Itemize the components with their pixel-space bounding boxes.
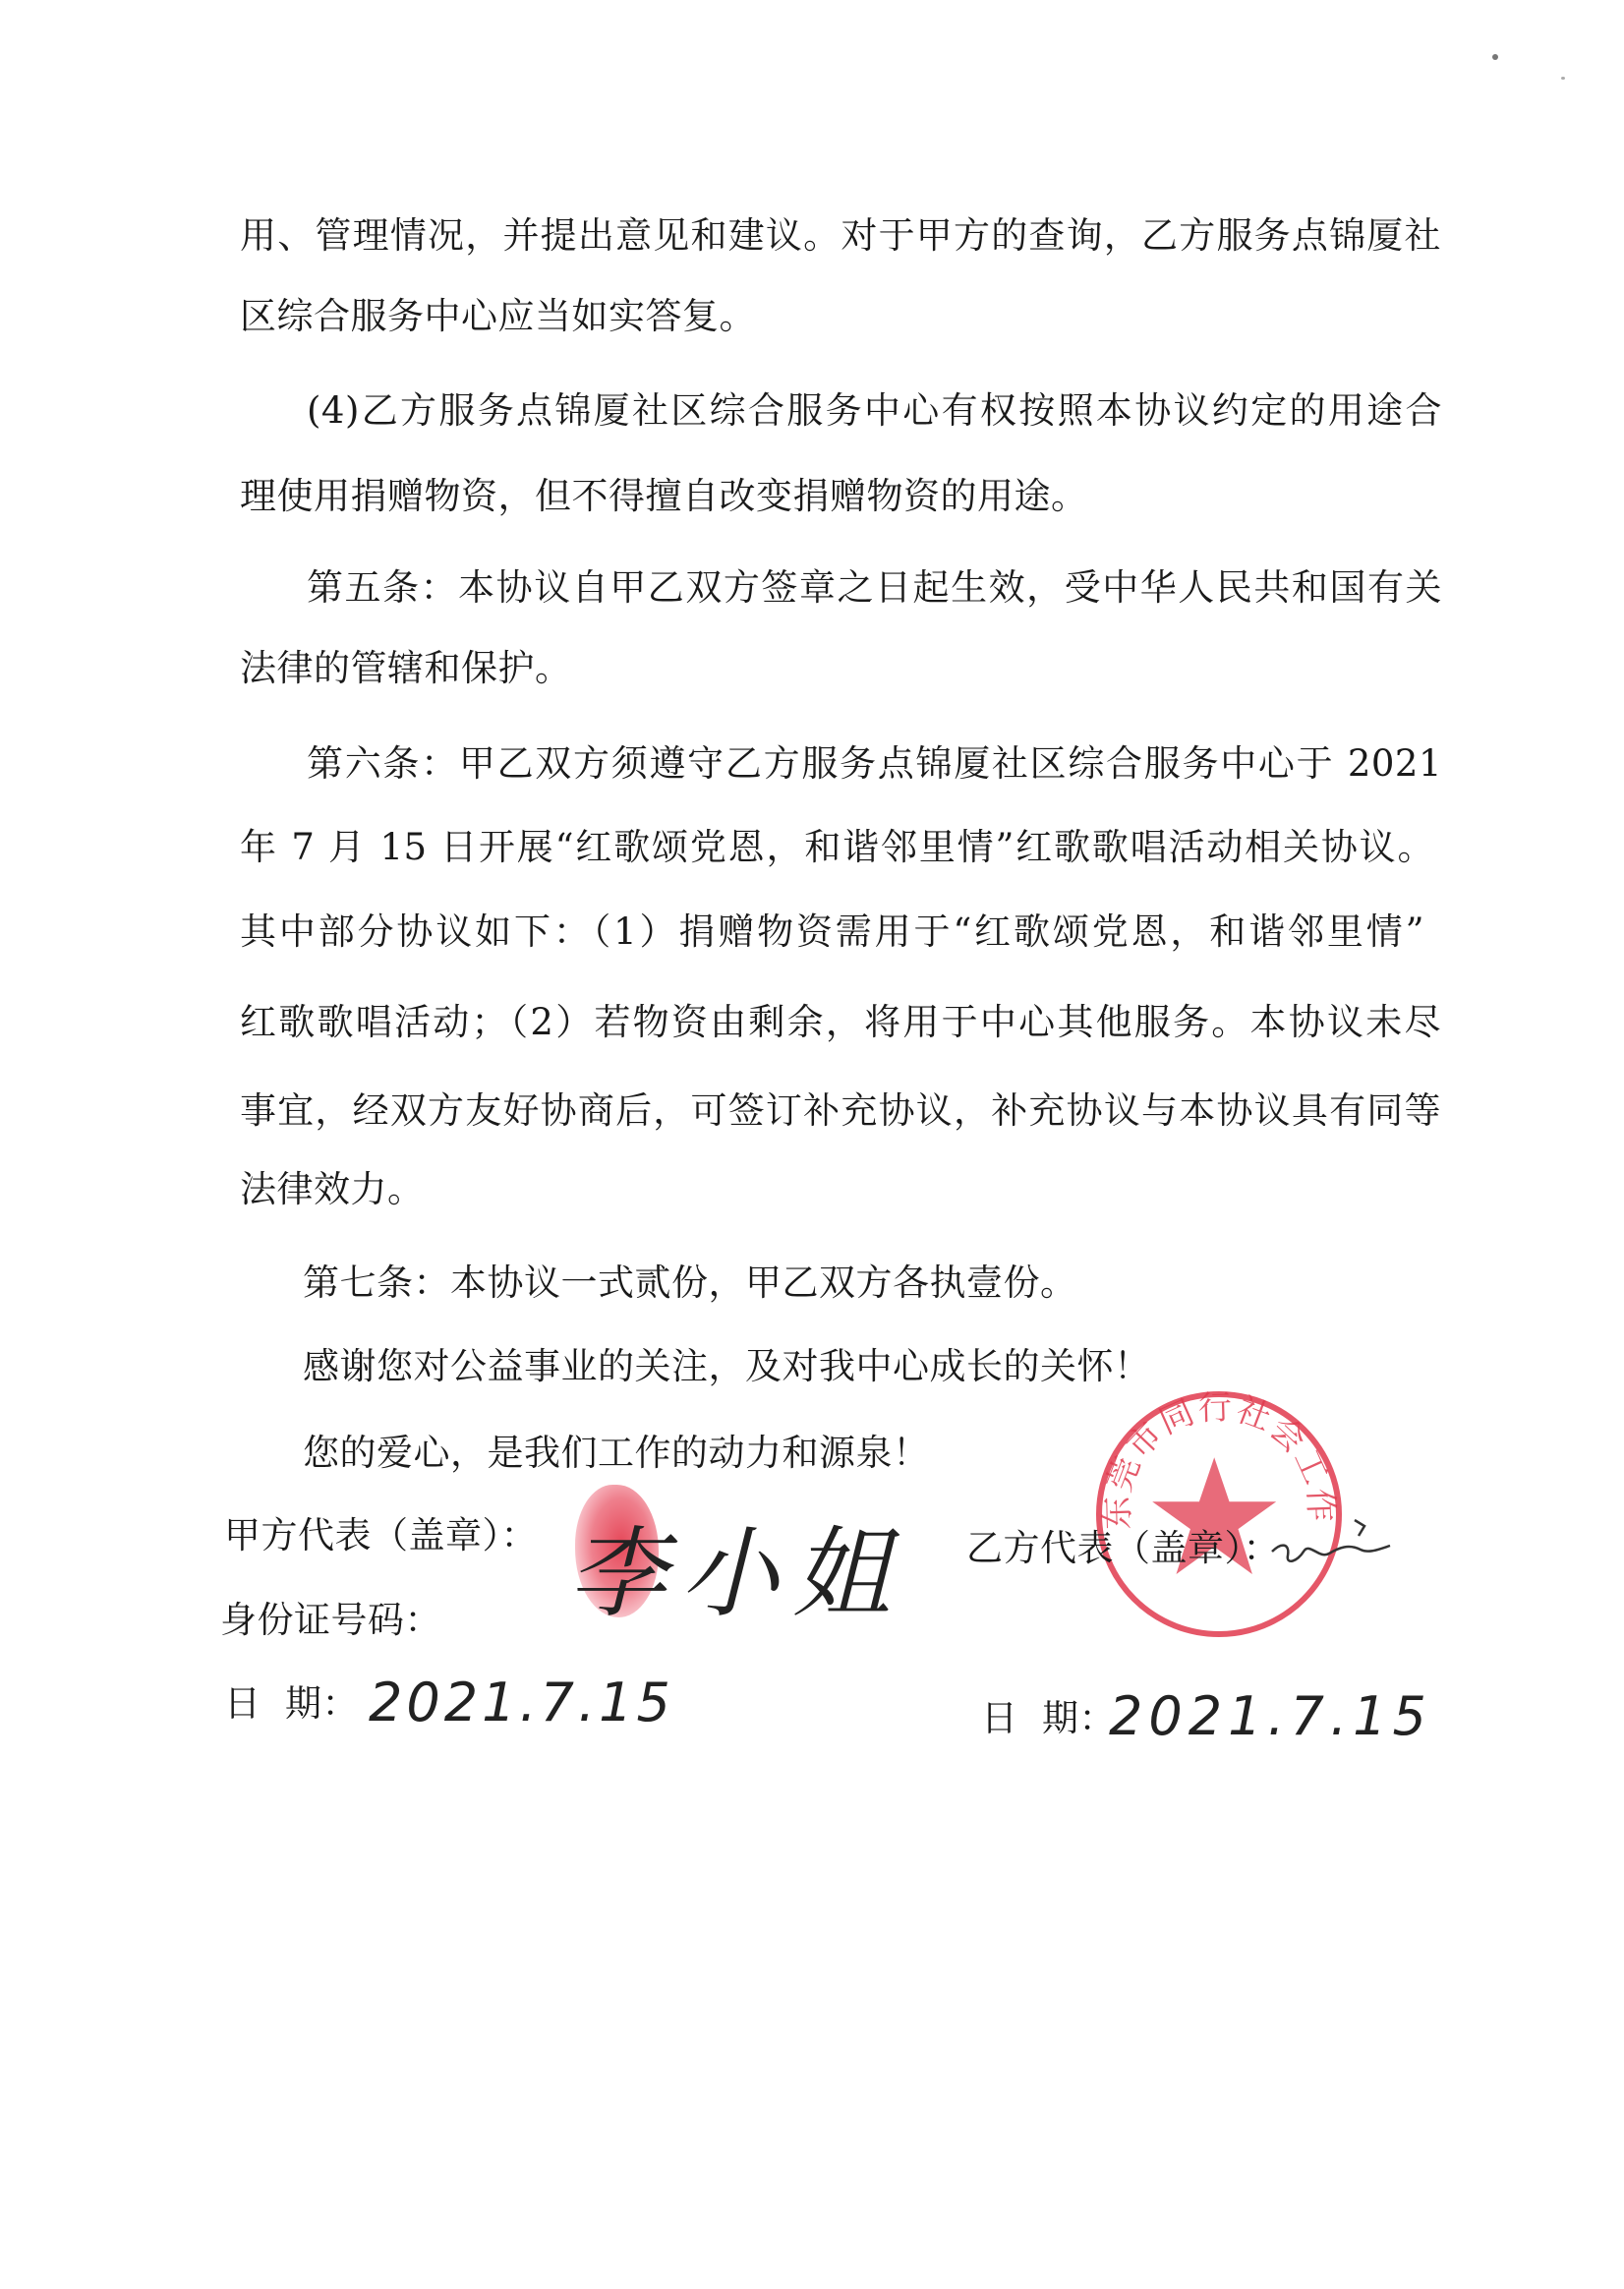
article-6-line: 红歌歌唱活动；（2）若物资由剩余，将用于中心其他服务。本协议未尽 [240,1001,1441,1044]
party-b-handwritten-signature [1270,1512,1398,1581]
party-b-label: 乙方代表（盖章）： [966,1527,1280,1570]
article-6-line: 其中部分协议如下：（1）捐赠物资需用于“红歌颂党恩，和谐邻里情” [240,910,1424,954]
article-6-line: 事宜，经双方友好协商后，可签订补充协议，补充协议与本协议具有同等 [240,1089,1441,1133]
clause-4-line: (4)乙方服务点锦厦社区综合服务中心有权按照本协议约定的用途合 [307,389,1442,433]
scan-speck [1492,54,1498,60]
body-line: 区综合服务中心应当如实答复。 [240,295,756,338]
party-b-handwritten-date: 2021.7.15 [1109,1685,1432,1747]
article-5-line: 第五条：本协议自甲乙双方签章之日起生效，受中华人民共和国有关 [307,566,1442,610]
thanks-line: 您的爱心，是我们工作的动力和源泉！ [303,1432,930,1475]
party-b-date-label: 日 期： [981,1697,1116,1740]
scan-speck [1561,77,1565,80]
party-a-handwritten-date: 2021.7.15 [369,1672,674,1733]
clause-4-line: 理使用捐赠物资，但不得擅自改变捐赠物资的用途。 [240,475,1088,518]
party-a-label: 甲方代表（盖章）： [224,1514,538,1557]
body-line: 用、管理情况，并提出意见和建议。对于甲方的查询，乙方服务点锦厦社 [240,214,1441,258]
article-5-line: 法律的管辖和保护。 [240,647,572,690]
party-a-handwritten-signature: 李小姐 [568,1495,904,1636]
article-6-line: 第六条：甲乙双方须遵守乙方服务点锦厦社区综合服务中心于 2021 [307,742,1442,786]
article-6-line: 年 7 月 15 日开展“红歌颂党恩，和谐邻里情”红歌歌唱活动相关协议。 [240,826,1434,869]
thanks-line: 感谢您对公益事业的关注，及对我中心成长的关怀！ [303,1345,1151,1388]
id-number-label: 身份证号码： [220,1599,441,1642]
article-6-line: 法律效力。 [240,1168,425,1211]
article-7-line: 第七条：本协议一式贰份，甲乙双方各执壹份。 [303,1262,1077,1305]
party-a-date-label: 日 期： [224,1682,359,1726]
